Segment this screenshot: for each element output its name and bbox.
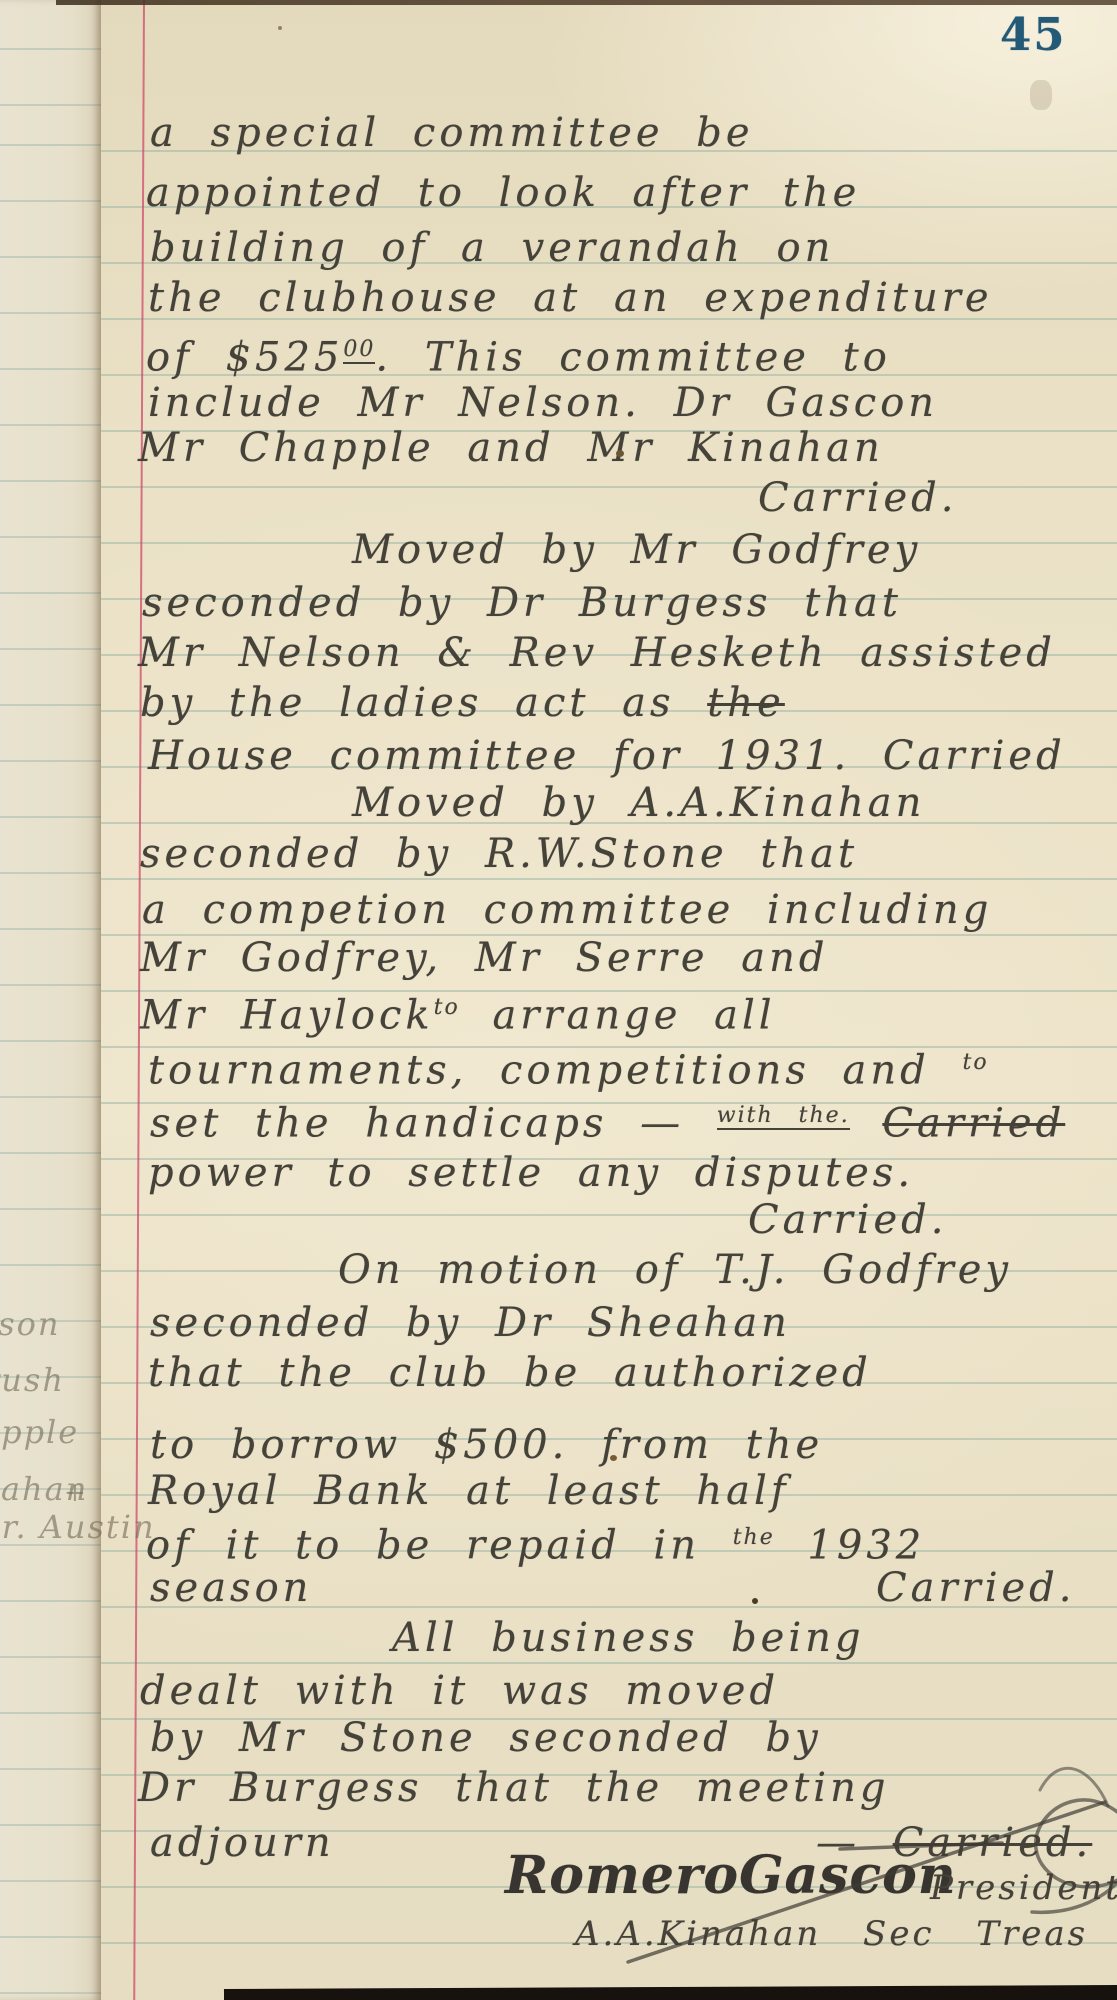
signature-president: RomeroGascon [505,1852,957,1900]
handwritten-segment: Moved by Mr Godfrey [352,527,921,573]
handwritten-line: that the club be authorized [148,1349,872,1397]
handwritten-segment: seconded by Dr Sheahan [150,1300,791,1346]
handwritten-segment: Carried. [876,1565,1075,1611]
handwritten-line: seconded by Dr Sheahan [150,1299,791,1347]
handwritten-line: Mr Godfrey, Mr Serre and [140,934,828,982]
handwritten-segment: 1932 [775,1522,926,1568]
paper-speck [616,450,624,457]
handwritten-segment: that the club be authorized [148,1350,872,1396]
handwritten-line: Mr Chapple and Mr Kinahan [138,424,884,472]
handwritten-line: set the handicaps — with the. Carried [150,1092,1065,1147]
underlying-page-edge [0,0,101,2000]
handwritten-line: House committee for 1931. Carried [148,732,1066,780]
handwritten-segment: the clubhouse at an expenditure [148,275,993,321]
handwritten-segment: seconded by Dr Burgess that [142,580,902,626]
handwritten-segment: Dr Burgess that the meeting [138,1765,889,1811]
handwritten-line: All business being [392,1614,865,1662]
handwritten-line: seconded by R.W.Stone that [140,830,858,878]
handwritten-segment: appointed to look after the [146,170,860,216]
handwritten-segment: the [733,1525,775,1550]
signature-president-title: President [930,1864,1117,1912]
handwritten-line: Moved by A.A.Kinahan [352,779,925,827]
handwritten-segment [850,1100,883,1146]
handwritten-line: the clubhouse at an expenditure [148,274,993,322]
minute-book-page-scan: 45 a special committee beappointed to lo… [0,0,1117,2000]
handwritten-line: season [150,1564,312,1612]
handwritten-line: by Mr Stone seconded by [150,1714,822,1762]
handwritten-line: a special committee be [150,109,754,157]
handwritten-segment: of it to be repaid in [146,1522,733,1568]
handwritten-segment: Mr Nelson & Rev Hesketh assisted [138,630,1056,676]
handwritten-line: of $52500. This committee to [146,326,891,381]
handwritten-segment: House committee for 1931. Carried [148,733,1066,779]
handwritten-segment: to [434,995,460,1020]
pencil-margin-note: apple [0,1413,79,1451]
handwritten-segment: by the ladies act as [140,680,707,726]
handwritten-segment: A.A.Kinahan Sec Treas [575,1914,1088,1954]
handwritten-segment: President [930,1868,1117,1908]
handwritten-line: by the ladies act as the [140,679,785,727]
handwritten-segment: Mr Godfrey, Mr Serre and [140,935,828,981]
handwritten-segment: arrange all [460,992,776,1038]
paper-speck [610,1455,617,1461]
handwritten-line: appointed to look after the [146,169,860,217]
handwritten-segment: RomeroGascon [505,1845,957,1906]
paper-smudge [1030,80,1052,110]
handwritten-segment: by Mr Stone seconded by [150,1715,822,1761]
handwritten-segment: adjourn [150,1820,335,1866]
handwritten-segment: the [707,680,785,726]
handwritten-segment: Carried [882,1100,1065,1146]
page-number: 45 [1000,8,1067,61]
pencil-margin-note: Dr. Austin [0,1508,156,1546]
paper-speck [278,26,282,30]
handwritten-segment: tournaments, competitions and [148,1047,962,1093]
handwritten-segment: dealt with it was moved [140,1668,779,1714]
handwritten-line: of it to be repaid in the 1932 [146,1514,925,1569]
pencil-margin-note: + [64,1478,88,1508]
handwritten-line: On motion of T.J. Godfrey [338,1246,1012,1294]
handwritten-line: to borrow $500. from the [150,1421,823,1469]
handwritten-segment: building of a verandah on [150,225,834,271]
handwritten-segment: On motion of T.J. Godfrey [338,1247,1012,1293]
handwritten-line: Carried. [876,1564,1075,1612]
handwritten-line: Moved by Mr Godfrey [352,526,921,574]
handwritten-segment: to borrow $500. from the [150,1422,823,1468]
handwritten-segment: of $525 [146,334,343,380]
handwritten-line: Mr Nelson & Rev Hesketh assisted [138,629,1056,677]
handwritten-segment: Carried. [758,475,957,521]
handwritten-line: Carried. [748,1196,947,1244]
handwritten-segment: Royal Bank at least half [148,1468,790,1514]
handwritten-line: building of a verandah on [150,224,834,272]
handwritten-line: adjourn [150,1819,335,1867]
handwritten-segment: season [150,1565,312,1611]
handwritten-segment: Mr Chapple and Mr Kinahan [138,425,884,471]
handwritten-segment: to [962,1050,988,1075]
handwritten-line: Royal Bank at least half [148,1467,790,1515]
handwritten-segment: Carried. [748,1197,947,1243]
handwritten-segment: include Mr Nelson. Dr Gascon [148,380,938,426]
paper-speck [752,1598,758,1604]
handwritten-segment: 00 [343,337,375,364]
handwritten-segment: Mr Haylock [140,992,434,1038]
handwritten-segment: All business being [392,1615,865,1661]
handwritten-segment: set the handicaps — [150,1100,717,1146]
handwritten-segment: . This committee to [375,334,890,380]
scan-top-edge [56,0,1117,5]
handwritten-segment: seconded by R.W.Stone that [140,831,858,877]
handwritten-line: Carried. [758,474,957,522]
handwritten-segment: with the. [717,1103,850,1130]
handwritten-line: tournaments, competitions and to [148,1039,989,1094]
pencil-margin-note: lson [0,1305,61,1343]
handwritten-line: Dr Burgess that the meeting [138,1764,889,1812]
handwritten-segment: a competion committee including [142,887,992,933]
handwritten-line: Mr Haylockto arrange all [140,984,776,1039]
signature-secretary: A.A.Kinahan Sec Treas [575,1910,1088,1958]
pencil-margin-note: rush [0,1361,65,1399]
handwritten-segment: a special committee be [150,110,754,156]
handwritten-segment: power to settle any disputes. [148,1150,914,1196]
handwritten-segment: Moved by A.A.Kinahan [352,780,925,826]
handwritten-line: include Mr Nelson. Dr Gascon [148,379,938,427]
handwritten-line: power to settle any disputes. [148,1149,914,1197]
handwritten-line: a competion committee including [142,886,992,934]
handwritten-line: seconded by Dr Burgess that [142,579,902,627]
handwritten-line: dealt with it was moved [140,1667,779,1715]
